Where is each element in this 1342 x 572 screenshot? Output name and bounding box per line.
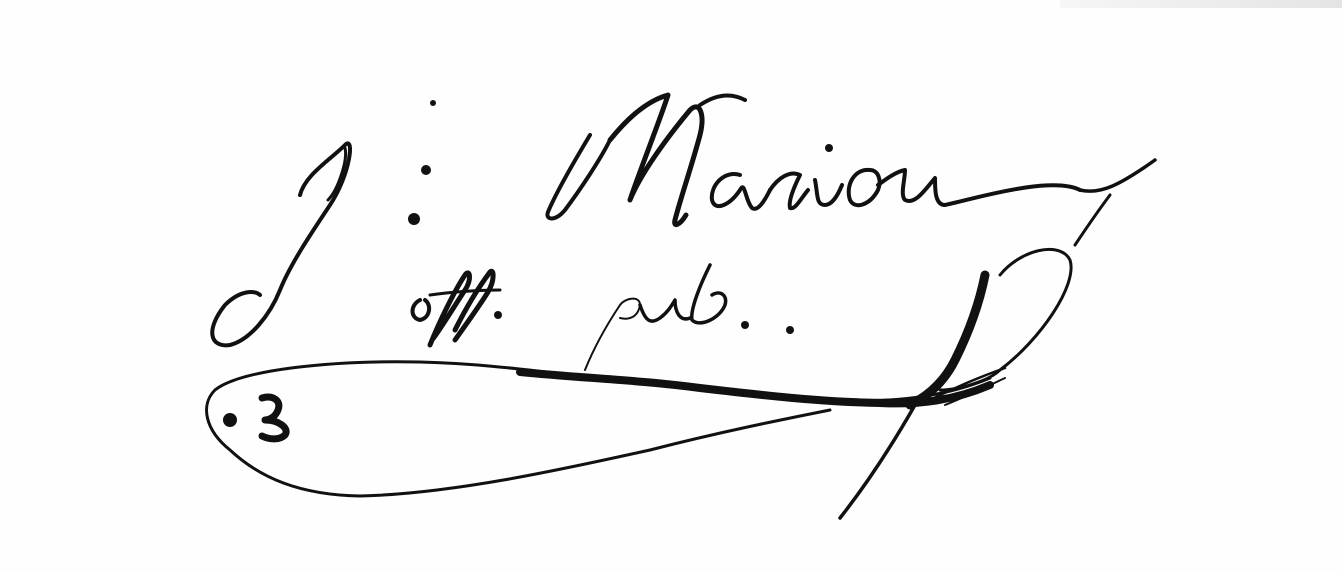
paraphe-dot xyxy=(223,413,237,427)
signature-drawing xyxy=(0,0,1342,572)
signature-initial-j xyxy=(212,100,436,345)
signature-flourish xyxy=(207,249,1072,518)
signature-surname xyxy=(547,95,1155,245)
signature-title-line xyxy=(413,265,795,370)
scanned-paper: J: Marion off. pub... xyxy=(0,0,1342,572)
